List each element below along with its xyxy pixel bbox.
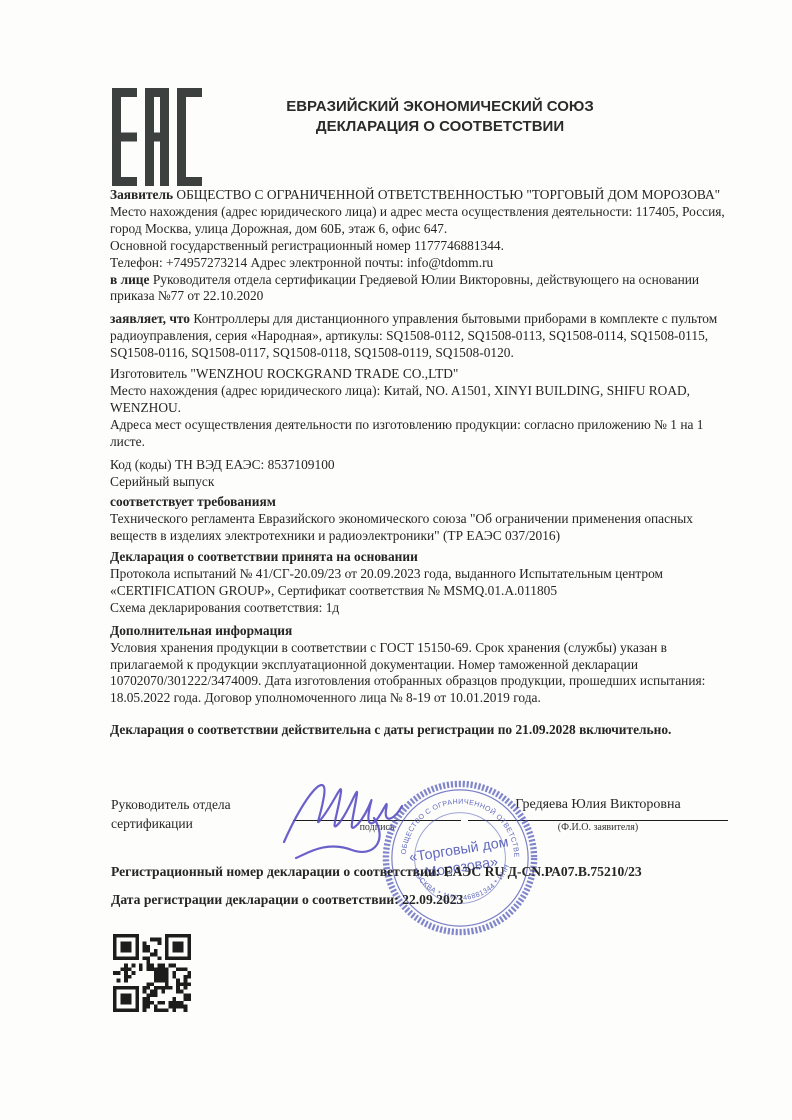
- paragraph-declares: заявляет, что Контроллеры для дистанцион…: [110, 311, 732, 362]
- paragraph-serial-production: Серийный выпуск: [110, 474, 732, 491]
- paragraph-applicant: Заявитель ОБЩЕСТВО С ОГРАНИЧЕННОЙ ОТВЕТС…: [110, 187, 732, 204]
- paragraph-contacts: Телефон: +74957273214 Адрес электронной …: [110, 255, 732, 272]
- paragraph-scheme: Схема декларирования соответствия: 1д: [110, 600, 732, 617]
- paragraph-applicant-address: Место нахождения (адрес юридического лиц…: [110, 204, 732, 238]
- document-body: Заявитель ОБЩЕСТВО С ОГРАНИЧЕННОЙ ОТВЕТС…: [110, 187, 732, 739]
- paragraph-tnved-code: Код (коды) ТН ВЭД ЕАЭС: 8537109100: [110, 457, 732, 474]
- paragraph-regulation: Технического регламента Евразийского эко…: [110, 511, 732, 545]
- paragraph-basis: Протокола испытаний № 41/СГ-20.09/23 от …: [110, 566, 732, 600]
- heading-complies: соответствует требованиям: [110, 494, 732, 511]
- paragraph-additional-info: Условия хранения продукции в соответстви…: [110, 640, 732, 708]
- registration-number-label: Регистрационный номер декларации о соотв…: [111, 864, 440, 879]
- title-line-declaration: ДЕКЛАРАЦИЯ О СООТВЕТСТВИИ: [230, 117, 650, 137]
- paragraph-validity: Декларация о соответствии действительна …: [110, 722, 732, 739]
- registration-number-line: Регистрационный номер декларации о соотв…: [111, 864, 751, 880]
- registration-number-value: ЕАЭС RU Д-CN.РА07.В.75210/23: [440, 864, 642, 879]
- document-title: ЕВРАЗИЙСКИЙ ЭКОНОМИЧЕСКИЙ СОЮЗ ДЕКЛАРАЦИ…: [230, 97, 650, 137]
- declaration-document: ЕВРАЗИЙСКИЙ ЭКОНОМИЧЕСКИЙ СОЮЗ ДЕКЛАРАЦИ…: [0, 0, 792, 1120]
- registration-date-value: 22.09.2023: [399, 892, 464, 907]
- paragraph-manufacturing-sites: Адреса мест осуществления деятельности п…: [110, 417, 732, 451]
- signatory-role-label: Руководитель отдела сертификации: [111, 795, 291, 833]
- registration-date-label: Дата регистрации декларации о соответств…: [111, 892, 399, 907]
- paragraph-manufacturer: Изготовитель "WENZHOU ROCKGRAND TRADE CO…: [110, 366, 732, 383]
- heading-basis: Декларация о соответствии принята на осн…: [110, 549, 732, 566]
- paragraph-manufacturer-address: Место нахождения (адрес юридического лиц…: [110, 383, 732, 417]
- handwritten-signature: [278, 762, 478, 862]
- qr-code: [113, 934, 191, 1012]
- heading-additional-info: Дополнительная информация: [110, 623, 732, 640]
- registration-date-line: Дата регистрации декларации о соответств…: [111, 892, 751, 908]
- eac-mark-icon: [112, 88, 202, 186]
- title-line-union: ЕВРАЗИЙСКИЙ ЭКОНОМИЧЕСКИЙ СОЮЗ: [230, 97, 650, 117]
- paragraph-ogrn: Основной государственный регистрационный…: [110, 238, 732, 255]
- paragraph-person: в лице Руководителя отдела сертификации …: [110, 272, 732, 306]
